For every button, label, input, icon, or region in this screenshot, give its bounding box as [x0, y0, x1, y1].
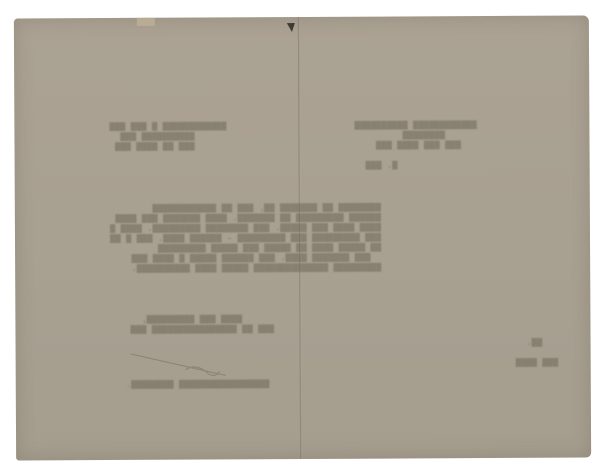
paper-sheet: ▇▇▇▇▇▇▇▇▇▇▇▇ ▇ ▇▇▇ ▇▇▇ ▇▇▇▇▇▇▇▇▇▇ ▇▇▇ ▇▇…: [14, 15, 591, 460]
body-text-block: ▇▇▇▇▇▇▇▇ ▇▇ ▇▇▇▇▇▇▇ ▇▇, ▇▇▇ ▇▇ ▇▇▇▇▇▇▇▇▇…: [110, 203, 381, 274]
right-footer-block: ▇▇. ▇▇▇ ▇▇▇▇: [516, 338, 559, 368]
right-header-block: ▇▇▇▇▇▇▇▇▇▇▇▇ ▇▇▇▇▇▇▇▇▇▇ ▇▇▇▇▇▇▇▇ ▇▇▇ ▇▇▇…: [354, 120, 477, 171]
closing-block: ▇▇▇▇ ▇▇▇ ▇▇▇▇▇▇▇▇▇, ▇▇▇ ▇▇ ▇▇▇▇▇▇▇▇▇▇▇▇▇…: [130, 314, 274, 335]
left-header-block: ▇▇▇▇▇▇▇▇▇▇▇▇ ▇ ▇▇▇ ▇▇▇ ▇▇▇▇▇▇▇▇▇▇ ▇▇▇ ▇▇…: [109, 121, 226, 152]
tape-residue: [137, 18, 155, 26]
signature-scribble: [126, 345, 236, 386]
top-tear: [287, 23, 295, 32]
